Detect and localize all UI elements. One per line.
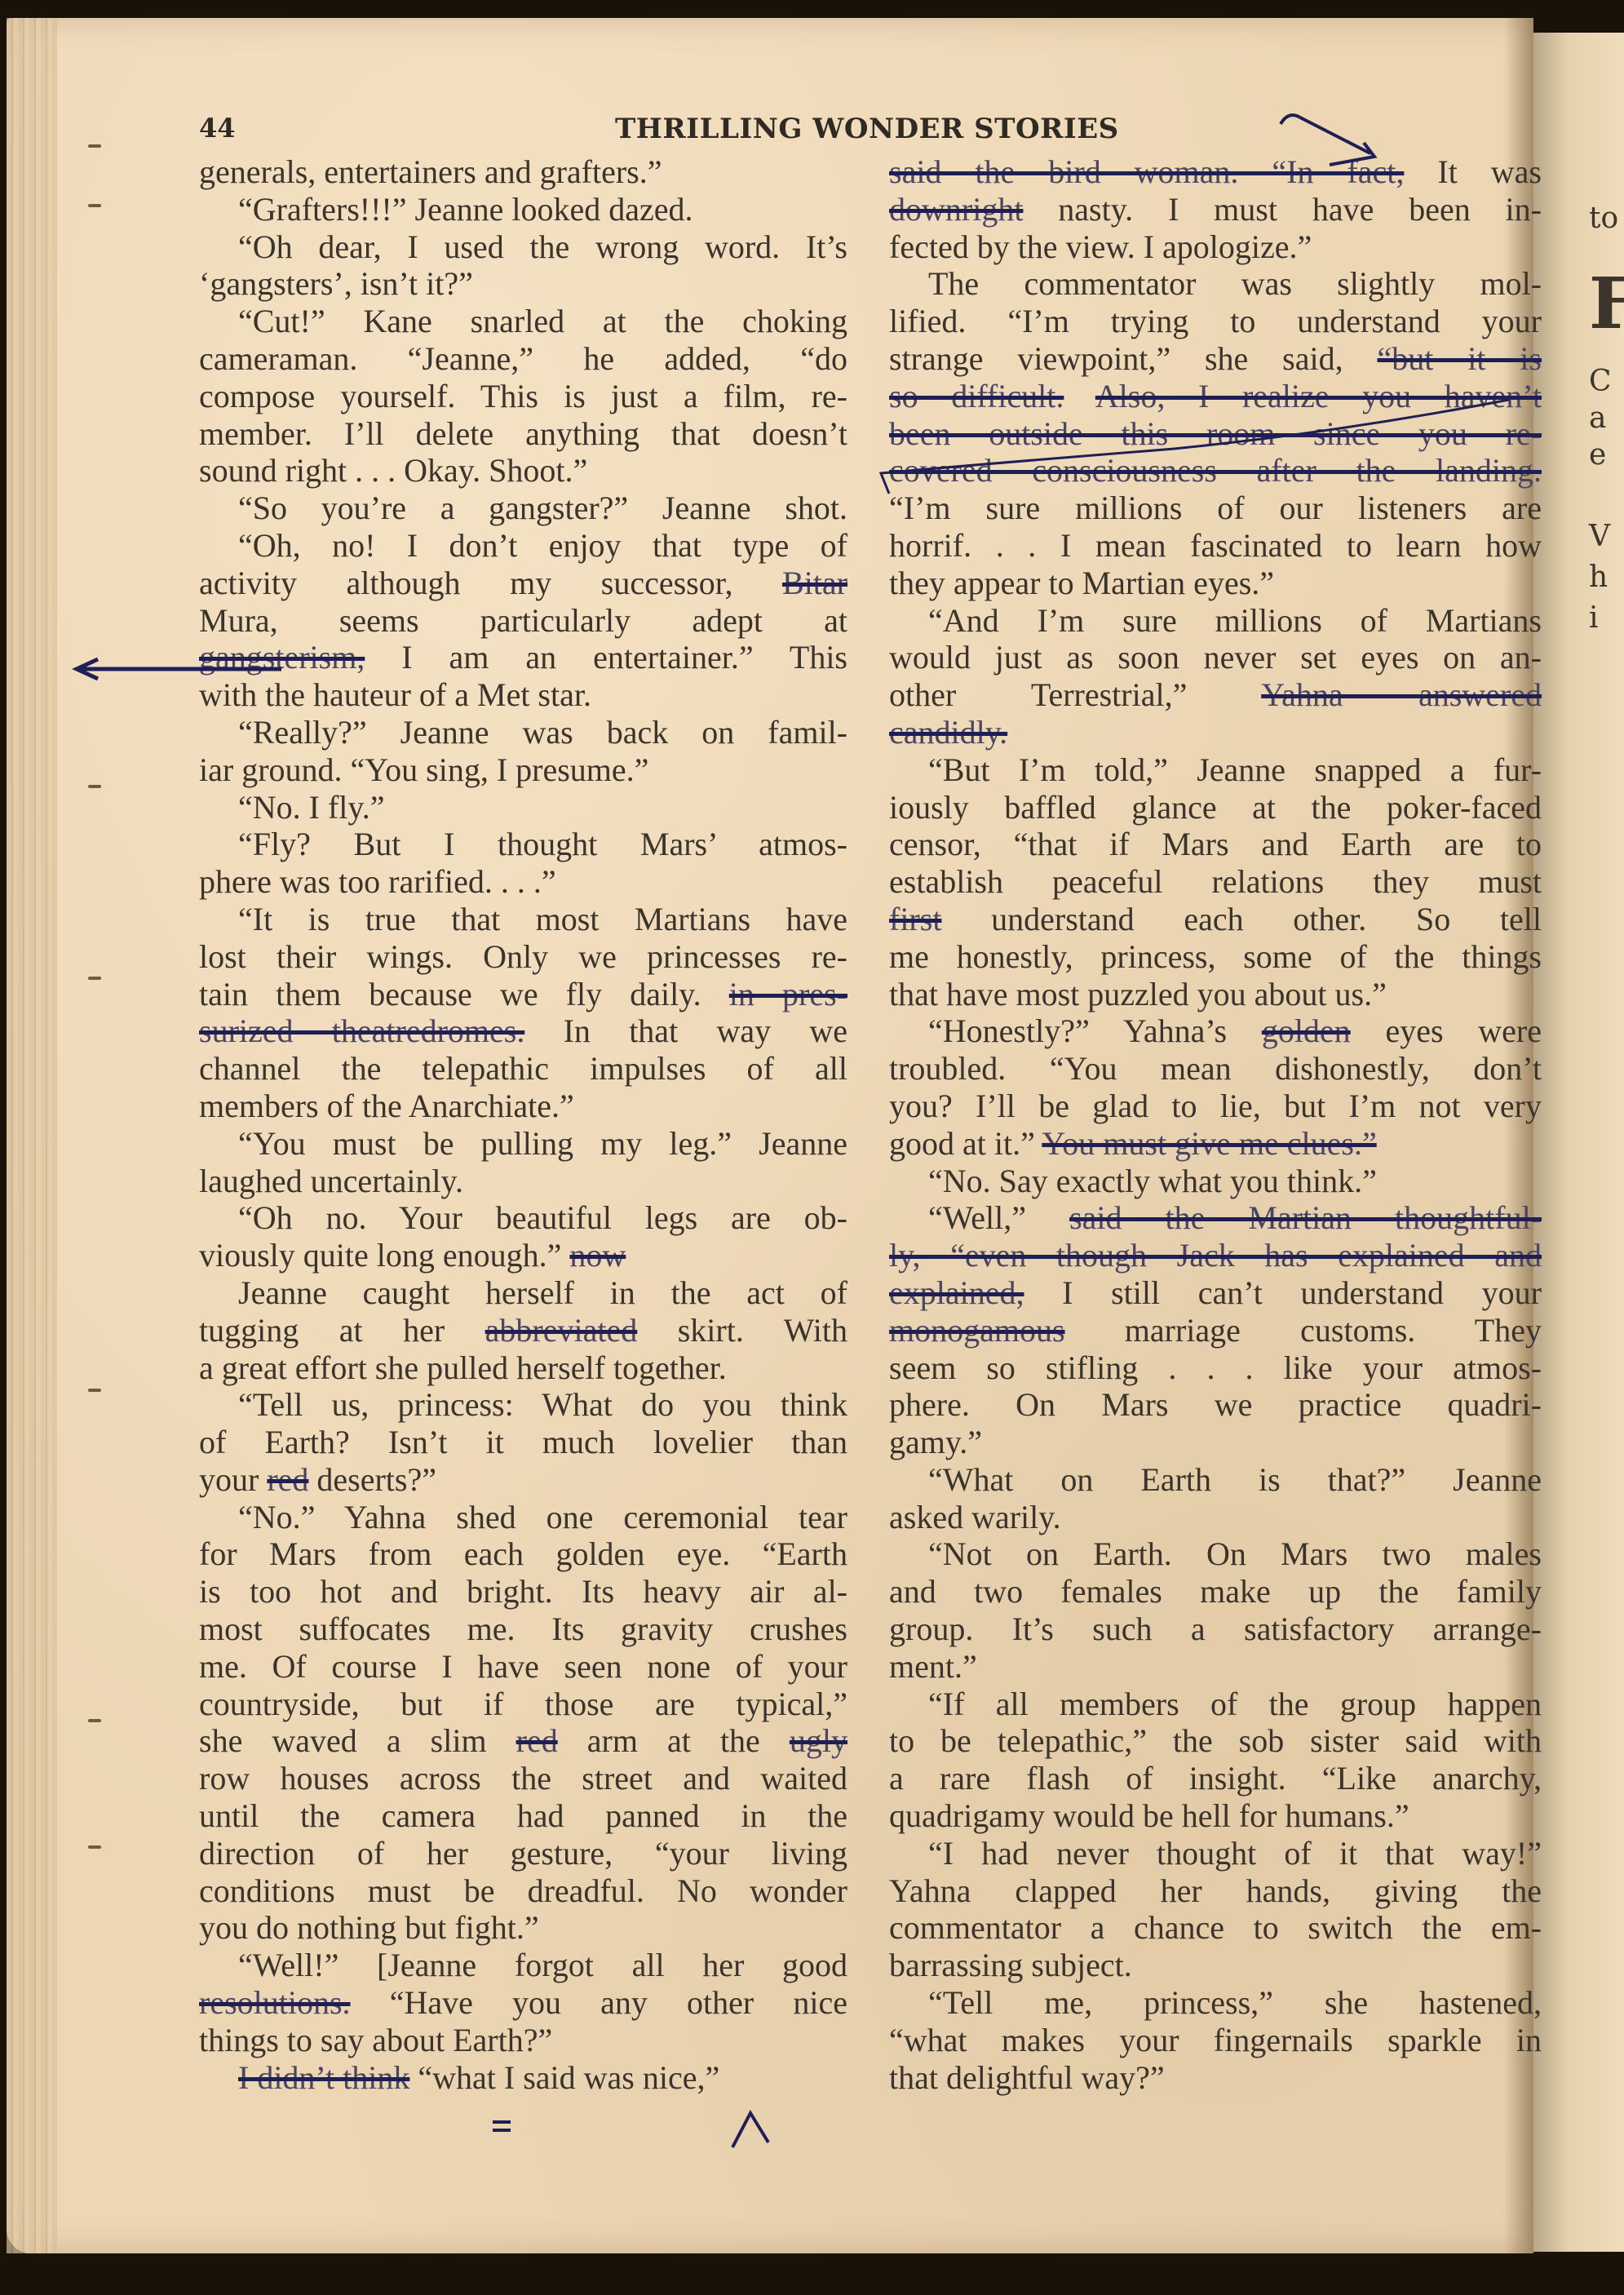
text-line: activity although my successor, Bitar	[199, 565, 847, 602]
text-line: ment.”	[889, 1648, 1542, 1686]
struck-through-text: in pres-	[729, 976, 847, 1012]
struck-through-text: Also, I realize you haven’t	[1095, 378, 1542, 414]
adjacent-page-fragment: a	[1589, 404, 1606, 433]
text-line: commentator a chance to switch the em-	[889, 1909, 1542, 1947]
text-line: sound right . . . Okay. Shoot.”	[199, 452, 847, 490]
adjacent-page-fragment: i	[1589, 604, 1599, 633]
margin-mark	[88, 1389, 101, 1392]
struck-through-text: said the bird woman. “In fact,	[889, 153, 1404, 190]
text-line: you? I’ll be glad to lie, but I’m not ve…	[889, 1088, 1542, 1125]
text-line: channel the telepathic impulses of all	[199, 1050, 847, 1088]
text-line: with the hauteur of a Met star.	[199, 676, 847, 714]
text-line: cameraman. “Jeanne,” he added, “do	[199, 340, 847, 378]
text-line: iously baffled glance at the poker-faced	[889, 789, 1542, 826]
text-line: “Fly? But I thought Mars’ atmos-	[199, 826, 847, 863]
struck-through-text: downright	[889, 191, 1023, 228]
text-line: “I’m sure millions of our listeners are	[889, 490, 1542, 527]
page-number: 44	[199, 113, 236, 144]
text-line: would just as soon never set eyes on an-	[889, 639, 1542, 676]
text-line: downright nasty. I must have been in-	[889, 191, 1542, 228]
text-line: compose yourself. This is just a film, r…	[199, 378, 847, 415]
text-line: “what makes your fingernails sparkle in	[889, 2022, 1542, 2059]
text-line: member. I’ll delete anything that doesn’…	[199, 415, 847, 453]
text-line: good at it.” You must give me clues.”	[889, 1125, 1542, 1163]
text-line: Yahna clapped her hands, giving the	[889, 1872, 1542, 1910]
text-line: things to say about Earth?”	[199, 2022, 847, 2059]
text-line: iar ground. “You sing, I presume.”	[199, 751, 847, 789]
text-line: candidly.	[889, 714, 1542, 751]
text-line: generals, entertainers and grafters.”	[199, 153, 847, 191]
right-text-column: said the bird woman. “In fact, It wasdow…	[889, 153, 1542, 2096]
text-line: group. It’s such a satisfactory arrange-	[889, 1610, 1542, 1648]
text-line: viously quite long enough.” now	[199, 1237, 847, 1274]
text-line: “Tell me, princess,” she hastened,	[889, 1984, 1542, 2022]
text-line: “No.” Yahna shed one ceremonial tear	[199, 1499, 847, 1536]
text-line: “And I’m sure millions of Martians	[889, 602, 1542, 640]
page-binding-edge	[7, 18, 57, 2253]
text-line: seem so stifling . . . like your atmos-	[889, 1349, 1542, 1387]
text-line: other Terrestrial,” Yahna answered	[889, 676, 1542, 714]
text-line: “Honestly?” Yahna’s golden eyes were	[889, 1012, 1542, 1050]
struck-through-text: red	[267, 1461, 308, 1498]
text-line: laughed uncertainly.	[199, 1163, 847, 1200]
adjacent-page-fragment: to	[1589, 204, 1618, 233]
struck-through-text: Yahna answered	[1261, 676, 1542, 713]
text-line: and two females make up the family	[889, 1573, 1542, 1610]
text-line: “Really?” Jeanne was back on famil-	[199, 714, 847, 751]
text-line: “Grafters!!!” Jeanne looked dazed.	[199, 191, 847, 228]
struck-through-text: been outside this room since you re-	[889, 415, 1542, 452]
text-line: “If all members of the group happen	[889, 1686, 1542, 1723]
struck-through-text: explained,	[889, 1274, 1024, 1311]
text-line: asked warily.	[889, 1499, 1542, 1536]
text-line: conditions must be dreadful. No wonder	[199, 1872, 847, 1910]
text-line: been outside this room since you re-	[889, 415, 1542, 453]
text-line: “Well!” [Jeanne forgot all her good	[199, 1947, 847, 1984]
struck-through-text: “but it is	[1377, 340, 1542, 377]
margin-mark	[88, 977, 101, 980]
struck-through-text: said the Martian thoughtful-	[1069, 1199, 1542, 1236]
text-line: direction of her gesture, “your living	[199, 1835, 847, 1872]
text-line: a great effort she pulled herself togeth…	[199, 1349, 847, 1387]
text-line: “No. I fly.”	[199, 789, 847, 826]
running-title: THRILLING WONDER STORIES	[615, 113, 1119, 145]
text-line: “I had never thought of it that way!”	[889, 1835, 1542, 1872]
text-line: “Oh, no! I don’t enjoy that type of	[199, 527, 847, 565]
text-line: troubled. “You mean dishonestly, don’t	[889, 1050, 1542, 1088]
text-line: horrif. . . I mean fascinated to learn h…	[889, 527, 1542, 565]
text-line: “Cut!” Kane snarled at the choking	[199, 303, 847, 340]
text-line: phere. On Mars we practice quadri-	[889, 1386, 1542, 1424]
adjacent-page-fragment: V	[1589, 522, 1610, 552]
text-line: so difficult. Also, I realize you haven’…	[889, 378, 1542, 415]
text-line: fected by the view. I apologize.”	[889, 228, 1542, 266]
text-line: first understand each other. So tell	[889, 901, 1542, 938]
text-line: quadrigamy would be hell for humans.”	[889, 1797, 1542, 1835]
struck-through-text: red	[516, 1722, 558, 1759]
text-line: for Mars from each golden eye. “Earth	[199, 1535, 847, 1573]
margin-mark	[88, 144, 101, 148]
adjacent-page-fragment: F	[1589, 269, 1624, 339]
text-line: “What on Earth is that?” Jeanne	[889, 1461, 1542, 1499]
text-line: that delightful way?”	[889, 2059, 1542, 2097]
margin-mark	[88, 1719, 101, 1722]
margin-mark	[88, 785, 101, 788]
text-line: lost their wings. Only we princesses re-	[199, 938, 847, 976]
text-line: “Oh no. Your beautiful legs are ob-	[199, 1199, 847, 1237]
text-line: “It is true that most Martians have	[199, 901, 847, 938]
text-line: you do nothing but fight.”	[199, 1909, 847, 1947]
text-line: me. Of course I have seen none of your	[199, 1648, 847, 1686]
text-line: surized theatredromes. In that way we	[199, 1012, 847, 1050]
text-line: until the camera had panned in the	[199, 1797, 847, 1835]
struck-through-text: ly, “even though Jack has explained and	[889, 1237, 1542, 1274]
text-line: ‘gangsters’, isn’t it?”	[199, 265, 847, 303]
text-line: barrassing subject.	[889, 1947, 1542, 1984]
adjacent-page-fragment: h	[1589, 563, 1608, 592]
adjacent-page-fragment: C	[1589, 367, 1612, 397]
text-line: explained, I still can’t understand your	[889, 1274, 1542, 1312]
text-line: “No. Say exactly what you think.”	[889, 1163, 1542, 1200]
text-line: gangsterism, I am an entertainer.” This	[199, 639, 847, 676]
struck-through-text: golden	[1262, 1012, 1351, 1049]
struck-through-text: You must give me clues.”	[1042, 1125, 1376, 1162]
struck-through-text: abbreviated	[485, 1312, 638, 1349]
text-line: “Oh dear, I used the wrong word. It’s	[199, 228, 847, 266]
text-line: tugging at her abbreviated skirt. With	[199, 1312, 847, 1349]
text-line: strange viewpoint,” she said, “but it is	[889, 340, 1542, 378]
struck-through-text: I didn’t think	[238, 2059, 409, 2096]
struck-through-text: monogamous	[889, 1312, 1065, 1349]
text-line: row houses across the street and waited	[199, 1760, 847, 1797]
struck-through-text: now	[569, 1237, 626, 1274]
text-line: “You must be pulling my leg.” Jeanne	[199, 1125, 847, 1163]
text-line: of Earth? Isn’t it much lovelier than	[199, 1424, 847, 1461]
margin-mark	[88, 204, 101, 207]
text-line: said the bird woman. “In fact, It was	[889, 153, 1542, 191]
left-text-column: generals, entertainers and grafters.”“Gr…	[199, 153, 847, 2096]
text-line: “Not on Earth. On Mars two males	[889, 1535, 1542, 1573]
text-line: censor, “that if Mars and Earth are to	[889, 826, 1542, 863]
text-line: is too hot and bright. Its heavy air al-	[199, 1573, 847, 1610]
text-line: to be telepathic,” the sob sister said w…	[889, 1722, 1542, 1760]
text-line: “But I’m told,” Jeanne snapped a fur-	[889, 751, 1542, 789]
struck-through-text: so difficult.	[889, 378, 1064, 414]
text-line: covered consciousness after the landing.	[889, 452, 1542, 490]
struck-through-text: gangsterism,	[199, 639, 365, 676]
text-line: members of the Anarchiate.”	[199, 1088, 847, 1125]
text-line: The commentator was slightly mol-	[889, 265, 1542, 303]
text-line: “So you’re a gangster?” Jeanne shot.	[199, 490, 847, 527]
text-line: Jeanne caught herself in the act of	[199, 1274, 847, 1312]
text-line: tain them because we fly daily. in pres-	[199, 976, 847, 1013]
struck-through-text: surized theatredromes.	[199, 1012, 524, 1049]
struck-through-text: candidly.	[889, 714, 1007, 751]
adjacent-page-fragment: e	[1589, 441, 1606, 470]
running-header: 44 THRILLING WONDER STORIES	[199, 113, 1529, 145]
text-line: they appear to Martian eyes.”	[889, 565, 1542, 602]
text-line: Mura, seems particularly adept at	[199, 602, 847, 640]
struck-through-text: ugly	[790, 1722, 847, 1759]
text-line: a rare flash of insight. “Like anarchy,	[889, 1760, 1542, 1797]
text-line: gamy.”	[889, 1424, 1542, 1461]
text-line: most suffocates me. Its gravity crushes	[199, 1610, 847, 1648]
text-line: establish peaceful relations they must	[889, 863, 1542, 901]
text-line: ly, “even though Jack has explained and	[889, 1237, 1542, 1274]
text-line: phere was too rarified. . . .”	[199, 863, 847, 901]
struck-through-text: Bitar	[782, 565, 847, 601]
text-line: resolutions. “Have you any other nice	[199, 1984, 847, 2022]
text-line: “Tell us, princess: What do you think	[199, 1386, 847, 1424]
text-line: countryside, but if those are typical,”	[199, 1686, 847, 1723]
text-line: your red deserts?”	[199, 1461, 847, 1499]
text-line: I didn’t think “what I said was nice,”	[199, 2059, 847, 2097]
struck-through-text: first	[889, 901, 941, 937]
text-line: “Well,” said the Martian thoughtful-	[889, 1199, 1542, 1237]
struck-through-text: covered consciousness after the landing.	[889, 452, 1542, 489]
text-line: monogamous marriage customs. They	[889, 1312, 1542, 1349]
text-line: she waved a slim red arm at the ugly	[199, 1722, 847, 1760]
text-line: lified. “I’m trying to understand your	[889, 303, 1542, 340]
struck-through-text: resolutions.	[199, 1984, 351, 2021]
adjacent-page-edge: to F C a e V h i	[1533, 33, 1624, 2252]
text-line: me honestly, princess, some of the thing…	[889, 938, 1542, 976]
margin-mark	[88, 1845, 101, 1849]
text-line: that have most puzzled you about us.”	[889, 976, 1542, 1013]
